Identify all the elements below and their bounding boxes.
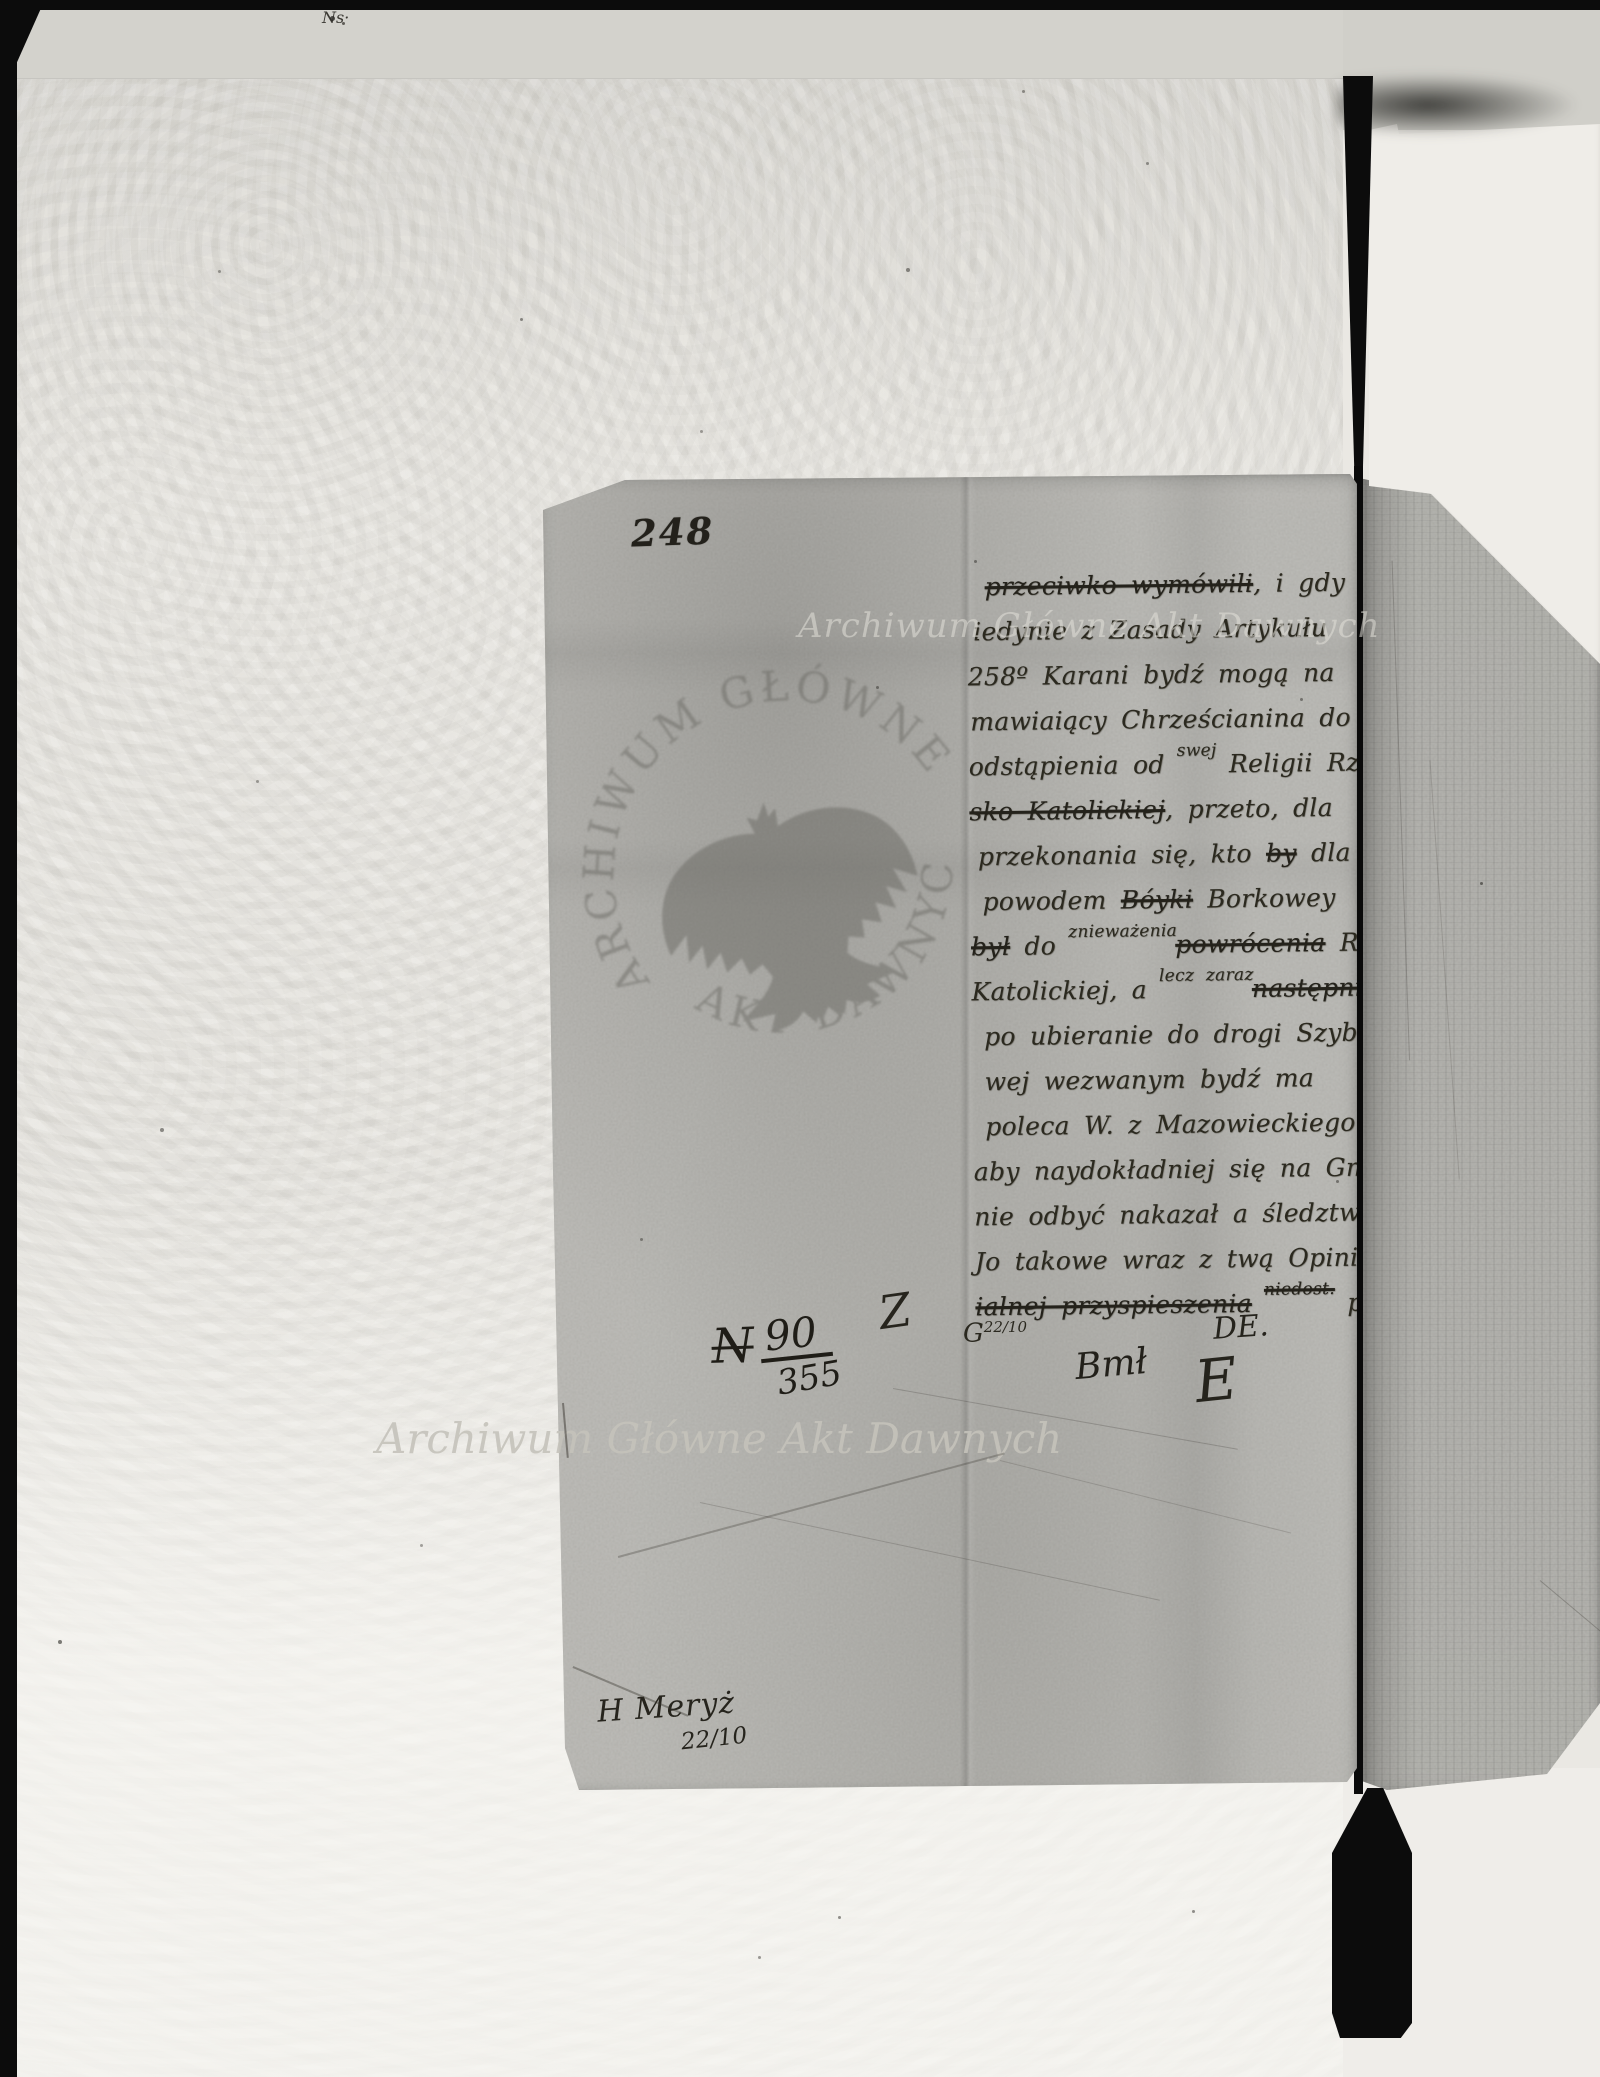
archival-scan-page: 248 ARCHIWUM GŁÓWNE AKT DAWNYCH przeciwk… xyxy=(0,0,1600,2077)
dust-speck xyxy=(700,430,703,433)
corner-pen-mark: Ns· xyxy=(322,8,349,27)
dust-speck xyxy=(876,686,879,689)
manuscript-text: 258º Karani bydź mogą na xyxy=(968,658,1335,691)
dust-speck xyxy=(758,1956,761,1959)
manuscript-text: , przeto, dla xyxy=(1165,793,1333,824)
manuscript-text: do xyxy=(1010,931,1071,961)
dust-speck xyxy=(1480,882,1483,885)
manuscript-text: Katolickiej, a xyxy=(971,975,1161,1006)
manuscript-line: mawiaiący Chrześcianina do xyxy=(968,695,1361,745)
dust-speck xyxy=(1146,162,1149,165)
manuscript-text: mawiaiący Chrześcianina do xyxy=(970,703,1351,737)
dust-speck xyxy=(420,1544,423,1547)
dust-speck xyxy=(640,1238,643,1241)
inserted-text: swej xyxy=(1176,728,1216,773)
manuscript-text: odstąpienia od xyxy=(969,750,1179,782)
manuscript-line: przeciwko wymówili, i gdy xyxy=(966,560,1359,610)
dust-speck xyxy=(342,22,345,25)
book-gutter-gap-top xyxy=(1343,76,1373,474)
manuscript-text: przekonania się, kto xyxy=(978,839,1266,872)
flourish-e-signature: E xyxy=(1192,1344,1241,1416)
manuscript-text-block: przeciwko wymówili, i gdyiedynie z Zasad… xyxy=(966,560,1367,1330)
manuscript-line: odstąpienia od swej Religii Rzym xyxy=(969,740,1362,790)
manuscript-line: 258º Karani bydź mogą na xyxy=(967,650,1360,700)
manuscript-text: poleca W. z Mazowieckiego xyxy=(985,1108,1356,1142)
manuscript-line: po ubieranie do drogi Szyb xyxy=(972,1010,1365,1060)
manuscript-line: wej wezwanym bydź ma xyxy=(972,1055,1365,1105)
dust-speck xyxy=(1192,1910,1195,1913)
struck-text: był xyxy=(971,932,1010,961)
paraph-date: 22/10 xyxy=(984,1318,1027,1336)
initials-signature-right: DE. xyxy=(1212,1308,1270,1347)
manuscript-text: aby naydokładniej się na Gmi xyxy=(974,1152,1379,1186)
manuscript-text: wej wezwanym bydź ma xyxy=(984,1063,1314,1096)
dust-speck xyxy=(906,268,910,272)
manuscript-line: Katolickiej, a lecz zaraznastępnie, kto xyxy=(971,965,1364,1015)
folio-number: 248 xyxy=(630,509,715,556)
struck-text: by xyxy=(1266,838,1297,867)
dust-speck xyxy=(58,1640,62,1644)
struck-text: ialnej przyspieszenia xyxy=(975,1289,1252,1321)
manuscript-text: , i gdy xyxy=(1253,568,1345,598)
paraph-letter: G xyxy=(963,1319,984,1349)
manuscript-text: Borkowey xyxy=(1193,883,1336,914)
dust-speck xyxy=(1022,90,1025,93)
eagle-icon xyxy=(634,764,952,1059)
manuscript-line: poleca W. z Mazowieckiego xyxy=(973,1100,1366,1150)
manuscript-line: aby naydokładniej się na Gmi xyxy=(973,1145,1366,1195)
dust-speck xyxy=(1258,1038,1262,1042)
struck-text: niedost. xyxy=(1264,1267,1335,1313)
dust-speck xyxy=(1300,698,1303,701)
initials-signature-left: Bmł xyxy=(1073,1341,1149,1388)
manuscript-line: iedynie z Zasady Artykułu xyxy=(967,605,1360,655)
registry-number-mark: N90355 xyxy=(709,1308,838,1408)
dust-speck xyxy=(1336,1180,1339,1183)
inserted-text: lecz zaraz xyxy=(1159,953,1254,999)
dust-speck xyxy=(520,318,523,321)
dust-speck xyxy=(330,16,335,21)
manuscript-text: iedynie z Zasady Artykułu xyxy=(973,613,1327,646)
manuscript-line: przekonania się, kto by dla xyxy=(970,830,1363,880)
dust-speck xyxy=(256,780,259,783)
facing-page-fiber-texture xyxy=(1357,468,1600,1793)
inserted-text: znieważenia xyxy=(1068,909,1177,955)
struck-text: sko Katolickiej xyxy=(969,795,1165,826)
manuscript-text: dla xyxy=(1297,838,1351,868)
manuscript-document-page: 248 ARCHIWUM GŁÓWNE AKT DAWNYCH przeciwk… xyxy=(535,468,1357,1790)
dust-speck xyxy=(974,560,977,563)
facing-book-page xyxy=(1357,468,1600,1793)
dust-speck xyxy=(160,1128,164,1132)
registry-symbol: N xyxy=(711,1317,755,1374)
manuscript-line: sko Katolickiej, przeto, dla xyxy=(969,785,1362,835)
manuscript-line: ialnej przyspieszenia niedost. przysta. … xyxy=(975,1280,1368,1330)
dust-speck xyxy=(838,1916,841,1919)
scan-edge-top xyxy=(0,0,1600,10)
struck-text: przeciwko wymówili xyxy=(984,569,1253,601)
paraph-mark: G22/10 xyxy=(963,1318,1027,1349)
manuscript-text: nie odbyć nakazał a śledztwo xyxy=(974,1197,1376,1231)
scan-edge-left xyxy=(0,0,17,2077)
manuscript-text: po ubieranie do drogi Szyb xyxy=(984,1018,1358,1052)
manuscript-line: nie odbyć nakazał a śledztwo xyxy=(974,1190,1367,1240)
dust-speck xyxy=(218,270,221,273)
